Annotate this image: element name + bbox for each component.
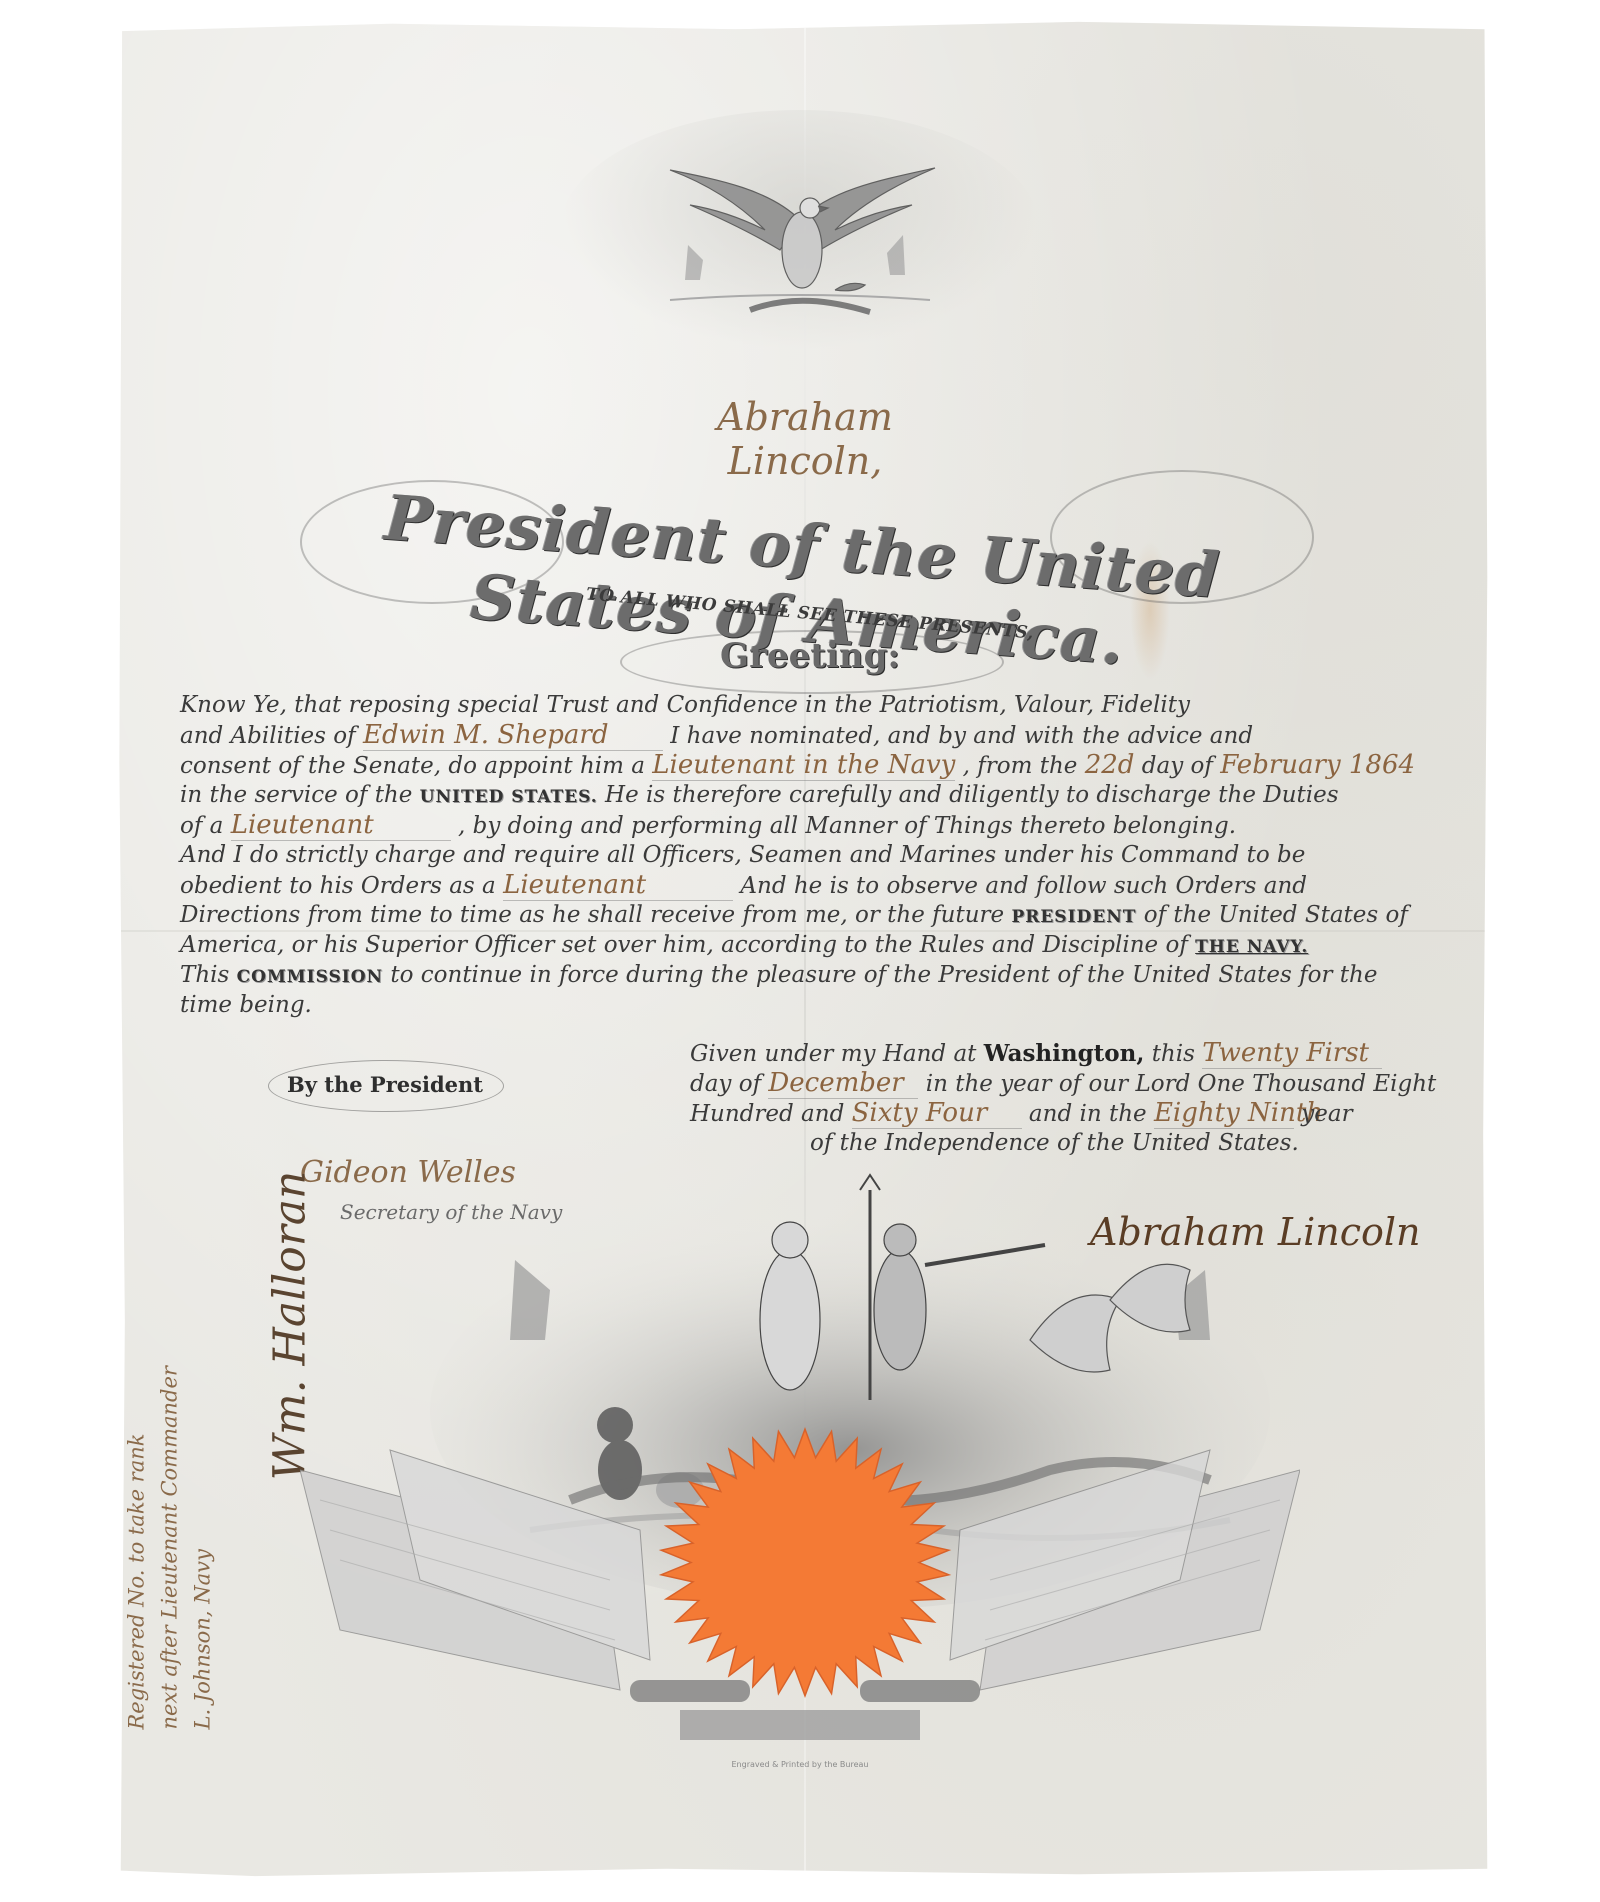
rank-date-month-year: February 1864 — [1220, 750, 1415, 780]
body-text: year — [1301, 1101, 1352, 1127]
registration-note: Registered No. to take rank next after L… — [121, 1310, 220, 1730]
rank: Lieutenant in the Navy — [652, 750, 955, 781]
body-text: this — [1152, 1041, 1195, 1067]
body-text: This — [180, 962, 229, 988]
dating-line-4: of the Independence of the United States… — [690, 1128, 1470, 1158]
body-text: of a — [180, 813, 223, 839]
body-text: day of — [1142, 753, 1213, 779]
body-text: I have nominated, and by and with the ad… — [670, 723, 1253, 749]
body-line-9: America, or his Superior Officer set ove… — [180, 930, 1450, 960]
duties-rank: Lieutenant — [231, 810, 451, 841]
commission-body: Know Ye, that reposing special Trust and… — [180, 690, 1450, 1020]
dating-clause: Given under my Hand at Washington, this … — [690, 1038, 1470, 1158]
body-text: day of — [690, 1071, 761, 1097]
body-line-1: Know Ye, that reposing special Trust and… — [180, 690, 1450, 720]
place-washington: Washington, — [984, 1040, 1145, 1067]
officer-name: Edwin M. Shepard — [363, 720, 663, 751]
body-text: Directions from time to time as he shall… — [180, 902, 1004, 928]
body-line-10: This COMMISSION to continue in force dur… — [180, 960, 1450, 990]
body-line-11: time being. — [180, 990, 1450, 1020]
body-text: to continue in force during the pleasure… — [390, 962, 1377, 988]
orders-rank: Lieutenant — [503, 870, 733, 901]
dating-line-1: Given under my Hand at Washington, this … — [690, 1038, 1470, 1068]
body-text: of the United States of — [1144, 902, 1408, 928]
engraved-president-name: Abraham Lincoln, — [640, 395, 970, 483]
body-text: in the service of the — [180, 782, 412, 808]
body-text: And he is to observe and follow such Ord… — [740, 873, 1307, 899]
note-line: L. Johnson, Navy — [187, 1310, 220, 1730]
body-line-3: consent of the Senate, do appoint him a … — [180, 750, 1450, 780]
body-text: obedient to his Orders as a — [180, 873, 496, 899]
body-line-5: of a Lieutenant , by doing and performin… — [180, 810, 1450, 840]
body-text: Given under my Hand at — [690, 1041, 976, 1067]
body-text: and Abilities of — [180, 723, 356, 749]
president-caps: PRESIDENT — [1011, 907, 1136, 927]
body-text: Know Ye, that reposing special Trust and… — [180, 692, 1190, 718]
the-navy-caps: THE NAVY. — [1195, 937, 1308, 957]
body-line-8: Directions from time to time as he shall… — [180, 900, 1450, 930]
body-text: And I do strictly charge and require all… — [180, 842, 1305, 868]
commission-caps: COMMISSION — [237, 967, 383, 987]
body-text: Hundred and — [690, 1101, 844, 1127]
body-text: time being. — [180, 992, 312, 1018]
note-line: Registered No. to take rank — [121, 1310, 154, 1730]
united-states-caps: UNITED STATES. — [420, 787, 598, 807]
by-the-president: By the President — [275, 1072, 495, 1097]
body-line-7: obedient to his Orders as a Lieutenant A… — [180, 870, 1450, 900]
eagle-vignette-icon — [650, 150, 950, 340]
note-line: next after Lieutenant Commander — [154, 1310, 187, 1730]
independence-year: Eighty Ninth — [1154, 1098, 1294, 1129]
body-text: , from the — [963, 753, 1078, 779]
engraver-imprint: Engraved & Printed by the Bureau — [700, 1760, 900, 1769]
body-text: consent of the Senate, do appoint him a — [180, 753, 645, 779]
body-text: He is therefore carefully and diligently… — [605, 782, 1339, 808]
body-line-2: and Abilities of Edwin M. Shepard I have… — [180, 720, 1450, 750]
greeting: Greeting: — [700, 636, 920, 676]
rank-date-day: 22d — [1085, 750, 1135, 780]
body-line-4: in the service of the UNITED STATES. He … — [180, 780, 1450, 810]
dating-line-3: Hundred and Sixty Four and in the Eighty… — [690, 1098, 1470, 1128]
year-part: Sixty Four — [852, 1098, 1022, 1129]
body-text: of the Independence of the United States… — [810, 1130, 1299, 1156]
body-text: and in the — [1029, 1101, 1147, 1127]
body-text: , by doing and performing all Manner of … — [458, 813, 1236, 839]
day-of-month: Twenty First — [1202, 1038, 1382, 1069]
body-text: America, or his Superior Officer set ove… — [180, 932, 1188, 958]
dating-line-2: day of December in the year of our Lord … — [690, 1068, 1470, 1098]
month: December — [768, 1068, 918, 1099]
body-line-6: And I do strictly charge and require all… — [180, 840, 1450, 870]
body-text: in the year of our Lord One Thousand Eig… — [926, 1071, 1437, 1097]
wafer-seal-icon — [650, 1420, 960, 1705]
